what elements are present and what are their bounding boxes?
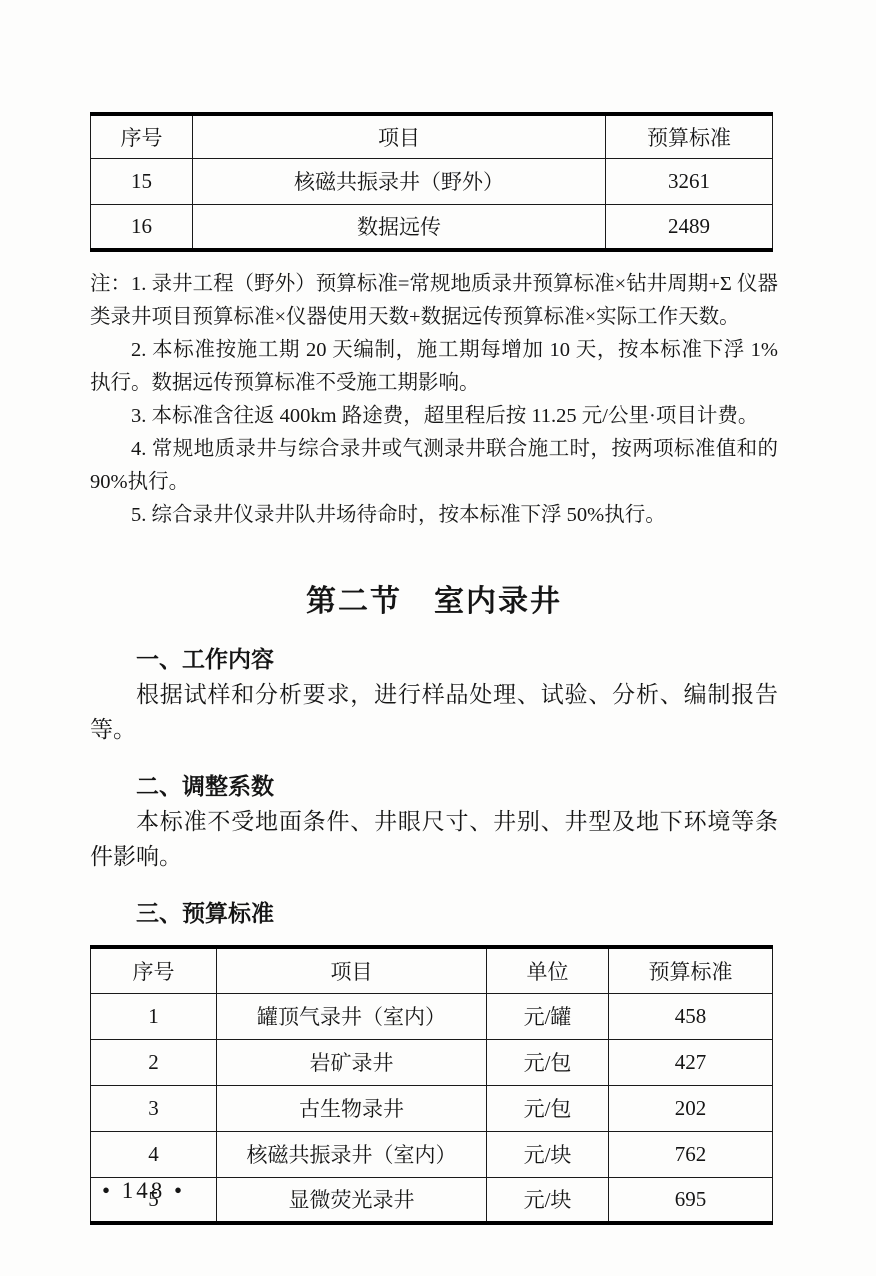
cell-unit: 元/块 (487, 1131, 609, 1177)
cell-unit: 元/罐 (487, 993, 609, 1039)
table-row: 15 核磁共振录井（野外） 3261 (91, 158, 773, 204)
header-cell-budget: 预算标准 (606, 114, 773, 158)
header-cell-no: 序号 (91, 947, 217, 993)
page-number: • 148 • (102, 1178, 185, 1204)
section-heading: 第二节 室内录井 (90, 576, 778, 620)
table-row: 1 罐顶气录井（室内） 元/罐 458 (91, 993, 773, 1039)
page-content: 序号 项目 预算标准 15 核磁共振录井（野外） 3261 16 数据远传 24… (90, 0, 778, 1225)
paragraph-adjustment-factor: 本标准不受地面条件、井眼尺寸、井别、井型及地下环境等条件影响。 (90, 804, 778, 874)
cell-no: 16 (91, 204, 193, 250)
cell-unit: 元/块 (487, 1177, 609, 1223)
table-notes: 注：1. 录井工程（野外）预算标准=常规地质录井预算标准×钻井周期+Σ 仪器类录… (90, 268, 778, 532)
table-row: 3 古生物录井 元/包 202 (91, 1085, 773, 1131)
cell-budget: 3261 (606, 158, 773, 204)
cell-budget: 695 (609, 1177, 773, 1223)
cell-unit: 元/包 (487, 1085, 609, 1131)
header-cell-no: 序号 (91, 114, 193, 158)
cell-no: 4 (91, 1131, 217, 1177)
paragraph-work-content: 根据试样和分析要求，进行样品处理、试验、分析、编制报告等。 (90, 677, 778, 747)
header-cell-unit: 单位 (487, 947, 609, 993)
cell-item: 罐顶气录井（室内） (217, 993, 487, 1039)
note-line: 注：1. 录井工程（野外）预算标准=常规地质录井预算标准×钻井周期+Σ 仪器类录… (90, 268, 778, 334)
cell-item: 岩矿录井 (217, 1039, 487, 1085)
note-line: 2. 本标准按施工期 20 天编制，施工期每增加 10 天，按本标准下浮 1%执… (90, 334, 778, 400)
cell-item: 古生物录井 (217, 1085, 487, 1131)
cell-no: 3 (91, 1085, 217, 1131)
cell-budget: 762 (609, 1131, 773, 1177)
header-cell-budget: 预算标准 (609, 947, 773, 993)
table-row: 2 岩矿录井 元/包 427 (91, 1039, 773, 1085)
cell-no: 1 (91, 993, 217, 1039)
header-cell-item: 项目 (193, 114, 606, 158)
cell-item: 核磁共振录井（室内） (217, 1131, 487, 1177)
table-row: 16 数据远传 2489 (91, 204, 773, 250)
cell-budget: 2489 (606, 204, 773, 250)
indoor-logging-budget-table: 序号 项目 单位 预算标准 1 罐顶气录井（室内） 元/罐 458 2 岩矿录井… (90, 945, 773, 1225)
subsection-title-adjustment-factor: 二、调整系数 (90, 769, 778, 804)
note-line: 4. 常规地质录井与综合录井或气测录井联合施工时，按两项标准值和的 90%执行。 (90, 433, 778, 499)
cell-no: 15 (91, 158, 193, 204)
table-row: 5 显微荧光录井 元/块 695 (91, 1177, 773, 1223)
cell-unit: 元/包 (487, 1039, 609, 1085)
cell-budget: 202 (609, 1085, 773, 1131)
note-line: 3. 本标准含往返 400km 路途费，超里程后按 11.25 元/公里·项目计… (90, 400, 778, 433)
table-header-row: 序号 项目 预算标准 (91, 114, 773, 158)
cell-item: 显微荧光录井 (217, 1177, 487, 1223)
table-header-row: 序号 项目 单位 预算标准 (91, 947, 773, 993)
cell-budget: 427 (609, 1039, 773, 1085)
table-row: 4 核磁共振录井（室内） 元/块 762 (91, 1131, 773, 1177)
header-cell-item: 项目 (217, 947, 487, 993)
note-line: 5. 综合录井仪录井队井场待命时，按本标准下浮 50%执行。 (90, 499, 778, 532)
field-logging-budget-table: 序号 项目 预算标准 15 核磁共振录井（野外） 3261 16 数据远传 24… (90, 112, 773, 252)
cell-item: 数据远传 (193, 204, 606, 250)
cell-budget: 458 (609, 993, 773, 1039)
subsection-title-work-content: 一、工作内容 (90, 642, 778, 677)
cell-item: 核磁共振录井（野外） (193, 158, 606, 204)
document-page: 序号 项目 预算标准 15 核磁共振录井（野外） 3261 16 数据远传 24… (0, 0, 876, 1276)
subsection-title-budget-standard: 三、预算标准 (90, 896, 778, 931)
cell-no: 2 (91, 1039, 217, 1085)
